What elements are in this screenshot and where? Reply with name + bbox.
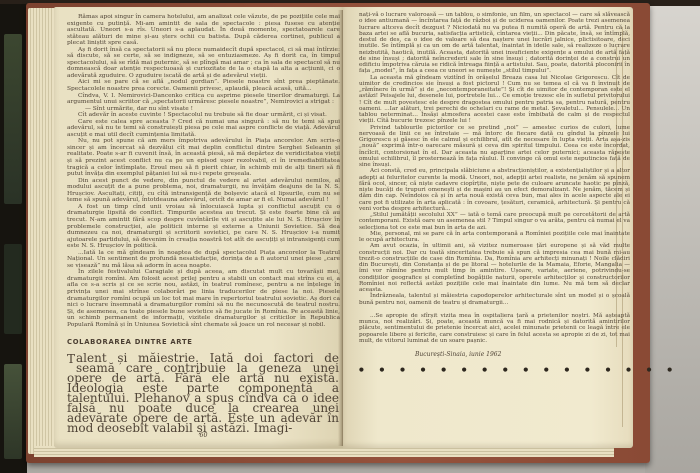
signature-line: București-Sinaia, iunie 1962 [415, 352, 630, 358]
paragraph: ...Se apropie de sfîrșit vizita mea în o… [359, 313, 630, 344]
right-page-text: nați-vă o lucrare valoroasă — un tablou,… [359, 12, 630, 374]
drop-cap: T [67, 353, 76, 364]
paragraph: Îndrăzneala, talentul și măiestria capod… [359, 293, 630, 306]
photo-fragment [4, 34, 22, 204]
paragraph: În zilele festivalului Caragiale și după… [67, 269, 340, 328]
paragraph: Cît adevăr în aceste cuvinte ! Spectacol… [67, 112, 340, 119]
paragraph: Aci constă, cred eu, principala slăbiciu… [359, 168, 630, 212]
paragraph: Talent și măiestrie. Iată doi factori de… [67, 352, 340, 433]
paragraph: Nu, nu pot spune că am mers împotriva ad… [67, 138, 340, 177]
paragraph: Din acest punct de vedere, din punctul d… [67, 178, 340, 204]
left-page: Rămas apoi singur în camera hotelului, a… [54, 7, 343, 448]
paragraph: Am avut ocazia, în ultimii ani, să vizit… [359, 243, 630, 293]
left-page-text: Rămas apoi singur în camera hotelului, a… [67, 14, 340, 439]
paragraph: La aceasta mă gîndeam vizitînd în orășel… [359, 75, 630, 125]
open-book-photo: Rămas apoi singur în camera hotelului, a… [0, 0, 700, 473]
section-heading: COLABORAREA DINTRE ARTE [67, 339, 340, 346]
paragraph: Rămas apoi singur în camera hotelului, a… [67, 14, 340, 47]
left-page-stack-edge [28, 8, 56, 454]
paragraph: „Stilul jumătății secolului XX” — iată o… [359, 212, 630, 231]
paragraph: Cîndva, V. I. Nemirovici-Dancenko critic… [67, 93, 340, 106]
paragraph: ...Iată la ce mă gîndeam în noaptea de d… [67, 250, 340, 270]
paragraph: Privind tablourile pictorilor ce se pret… [359, 125, 630, 169]
paragraph: A fost un timp cînd unii vroiau să înloc… [67, 204, 340, 250]
paragraph: Mie, personal, mi se pare că în arta con… [359, 231, 630, 244]
paragraph: nați-vă o lucrare valoroasă — un tablou,… [359, 12, 630, 75]
photo-fragment [4, 364, 22, 459]
paragraph: Aș fi dorit însă ca spectatorii să nu pl… [67, 47, 340, 80]
page-crease [616, 47, 617, 347]
left-page-paragraphs: Rămas apoi singur în camera hotelului, a… [67, 14, 340, 328]
right-page: nați-vă o lucrare valoroasă — un tablou,… [343, 7, 633, 448]
right-page-paragraphs: nați-vă o lucrare valoroasă — un tablou,… [359, 12, 630, 344]
paragraph: Care este calea spre aceasta ? Cred că n… [67, 119, 340, 139]
photo-background [645, 0, 700, 473]
dots-separator: ● ● ● ● ● ● ● ● ● ● ● ● ● ● ● ● [359, 367, 630, 373]
underlying-page-edge [0, 4, 27, 473]
paragraph: Aici mi se pare că se află „nodul gordia… [67, 79, 340, 92]
photo-fragment [4, 244, 22, 334]
page-crease [622, 27, 623, 427]
